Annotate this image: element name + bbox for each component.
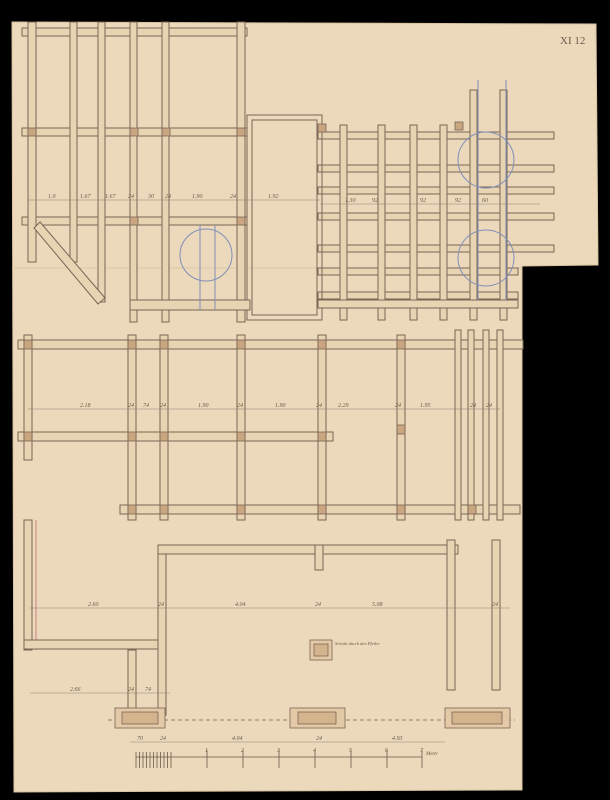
svg-text:24: 24	[160, 402, 166, 409]
svg-text:24: 24	[486, 402, 492, 409]
svg-text:4.04: 4.04	[235, 601, 246, 608]
svg-text:24: 24	[158, 601, 164, 608]
svg-text:92: 92	[420, 198, 426, 204]
svg-text:Schnitt durch den Pfeiler: Schnitt durch den Pfeiler	[335, 641, 380, 646]
svg-text:74: 74	[143, 402, 149, 409]
svg-text:1.30: 1.30	[345, 198, 356, 204]
svg-text:2.18: 2.18	[80, 403, 91, 409]
svg-text:3: 3	[276, 748, 280, 754]
svg-text:5: 5	[349, 748, 352, 754]
svg-text:2.60: 2.60	[88, 602, 99, 608]
svg-text:70: 70	[137, 736, 143, 742]
svg-text:24: 24	[165, 193, 171, 200]
svg-text:30: 30	[147, 194, 154, 200]
svg-text:24: 24	[237, 402, 243, 409]
svg-text:24: 24	[128, 193, 134, 200]
svg-text:4.04: 4.04	[232, 735, 243, 742]
svg-text:1.90: 1.90	[192, 194, 203, 200]
svg-text:74: 74	[145, 686, 151, 693]
svg-text:24: 24	[316, 402, 322, 409]
svg-text:24: 24	[395, 402, 401, 409]
svg-text:1.0: 1.0	[48, 194, 56, 200]
svg-text:1.92: 1.92	[268, 194, 279, 200]
svg-text:24: 24	[128, 402, 134, 409]
svg-text:24: 24	[316, 735, 322, 742]
drawing-sheet: XI 12	[0, 0, 610, 800]
catalog-number: XI 12	[560, 35, 585, 47]
svg-text:2.29: 2.29	[338, 403, 349, 409]
svg-text:24: 24	[470, 402, 476, 409]
svg-text:92: 92	[455, 198, 461, 204]
svg-text:1: 1	[205, 748, 208, 754]
svg-text:60: 60	[482, 198, 488, 204]
svg-text:2.66: 2.66	[70, 687, 81, 693]
svg-text:24: 24	[315, 601, 321, 608]
svg-text:92: 92	[372, 198, 378, 204]
svg-text:4.93: 4.93	[392, 735, 403, 742]
svg-text:24: 24	[128, 686, 134, 693]
svg-text:24: 24	[492, 601, 498, 608]
svg-text:4: 4	[313, 747, 316, 754]
svg-text:24: 24	[230, 193, 236, 200]
svg-text:5.08: 5.08	[372, 602, 383, 608]
svg-text:1.90: 1.90	[198, 403, 209, 409]
svg-text:1.67: 1.67	[80, 194, 92, 200]
svg-text:24: 24	[160, 735, 166, 742]
svg-text:2: 2	[241, 748, 244, 754]
svg-text:1.95: 1.95	[420, 403, 431, 409]
svg-text:1.67: 1.67	[105, 194, 117, 200]
svg-text:1.90: 1.90	[275, 403, 286, 409]
svg-text:6: 6	[385, 748, 388, 754]
svg-text:Meter: Meter	[425, 752, 438, 757]
